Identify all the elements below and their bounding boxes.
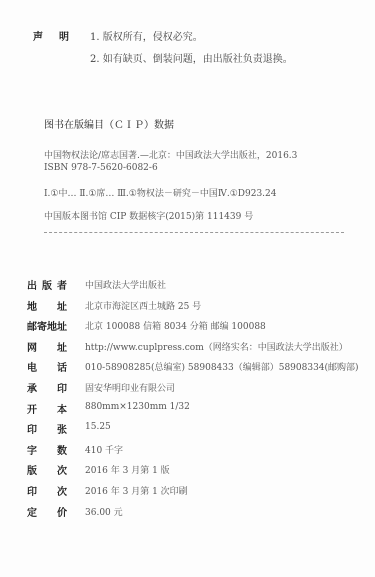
info-value: 2016 年 3 月第 1 版 bbox=[85, 463, 170, 476]
dashed-divider bbox=[44, 232, 344, 233]
info-key: 承 印 bbox=[27, 380, 67, 395]
info-key: 定 价 bbox=[27, 504, 67, 519]
info-key-char: 印 bbox=[57, 380, 67, 395]
info-key: 邮 寄 地 址 bbox=[27, 318, 67, 333]
website-link[interactable]: http://www.cuplpress.com（网络实名：中国政法大学出版社） bbox=[85, 340, 348, 353]
info-key-char: 寄 bbox=[37, 318, 47, 333]
statement-item: 1. 版权所有，侵权必究。 bbox=[90, 27, 293, 49]
info-key-char: 数 bbox=[57, 442, 67, 457]
info-key-char: 次 bbox=[57, 483, 67, 498]
cip-bibliographic-line: 中国物权法论/席志国著.—北京：中国政法大学出版社，2016.3 bbox=[44, 148, 297, 161]
cip-record-number-line: 中国版本图书馆 CIP 数据核字(2015)第 111439 号 bbox=[44, 209, 253, 222]
info-value: 880mm×1230mm 1/32 bbox=[85, 402, 190, 412]
statement-items: 1. 版权所有，侵权必究。 2. 如有缺页、倒装问题，由出版社负责退换。 bbox=[90, 27, 293, 71]
info-key-char: 字 bbox=[27, 442, 37, 457]
info-key-char: 价 bbox=[57, 504, 67, 519]
info-key-char: 印 bbox=[27, 421, 37, 436]
info-key-char: 张 bbox=[57, 421, 67, 436]
cip-classification-line: Ⅰ.①中… Ⅱ.①席… Ⅲ.①物权法－研究－中国Ⅳ.①D923.24 bbox=[44, 186, 277, 199]
info-key-char: 承 bbox=[27, 380, 37, 395]
info-key-char: 定 bbox=[27, 504, 37, 519]
info-value: 固安华明印业有限公司 bbox=[85, 381, 175, 394]
info-key: 字 数 bbox=[27, 442, 67, 457]
info-key-char: 邮 bbox=[27, 318, 37, 333]
info-key-char: 版 bbox=[42, 277, 52, 292]
info-value: 中国政法大学出版社 bbox=[85, 278, 166, 291]
info-key-char: 者 bbox=[57, 277, 67, 292]
info-value: 北京 100088 信箱 8034 分箱 邮编 100088 bbox=[85, 319, 266, 332]
info-key-char: 版 bbox=[27, 462, 37, 477]
info-key-char: 印 bbox=[27, 483, 37, 498]
info-key: 出 版 者 bbox=[27, 277, 67, 292]
statement-label: 声明 bbox=[33, 27, 83, 49]
info-key: 印 次 bbox=[27, 483, 67, 498]
info-key: 开 本 bbox=[27, 401, 67, 416]
info-key-char: 话 bbox=[57, 359, 67, 374]
info-value: 15.25 bbox=[85, 422, 111, 432]
info-key-char: 次 bbox=[57, 462, 67, 477]
info-value: 北京市海淀区西土城路 25 号 bbox=[85, 299, 201, 312]
info-key-char: 址 bbox=[57, 318, 67, 333]
statement-item: 2. 如有缺页、倒装问题，由出版社负责退换。 bbox=[90, 49, 293, 71]
info-key-char: 开 bbox=[27, 401, 37, 416]
cip-isbn-line: ISBN 978-7-5620-6082-6 bbox=[44, 163, 158, 173]
info-key-char: 本 bbox=[57, 401, 67, 416]
statement-label-char: 明 bbox=[59, 32, 85, 43]
info-key-char: 址 bbox=[57, 298, 67, 313]
info-key: 电 话 bbox=[27, 359, 67, 374]
info-key-char: 电 bbox=[27, 359, 37, 374]
info-key-char: 地 bbox=[47, 318, 57, 333]
info-value: 410 千字 bbox=[85, 443, 123, 456]
copyright-page: 声明 1. 版权所有，侵权必究。 2. 如有缺页、倒装问题，由出版社负责退换。 … bbox=[0, 0, 375, 577]
info-key-char: 址 bbox=[57, 339, 67, 354]
cip-title: 图书在版编目（ＣＩＰ）数据 bbox=[44, 116, 174, 131]
info-key-char: 出 bbox=[27, 277, 37, 292]
info-key: 印 张 bbox=[27, 421, 67, 436]
statement-label-char: 声 bbox=[33, 32, 59, 43]
info-key-char: 地 bbox=[27, 298, 37, 313]
info-value: 010-58908285(总编室) 58908433（编辑部）58908334(… bbox=[85, 360, 359, 373]
info-key: 地 址 bbox=[27, 298, 67, 313]
info-value: 2016 年 3 月第 1 次印刷 bbox=[85, 484, 188, 497]
info-key-char: 网 bbox=[27, 339, 37, 354]
info-key: 网 址 bbox=[27, 339, 67, 354]
info-key: 版 次 bbox=[27, 462, 67, 477]
info-value: 36.00 元 bbox=[85, 505, 123, 518]
